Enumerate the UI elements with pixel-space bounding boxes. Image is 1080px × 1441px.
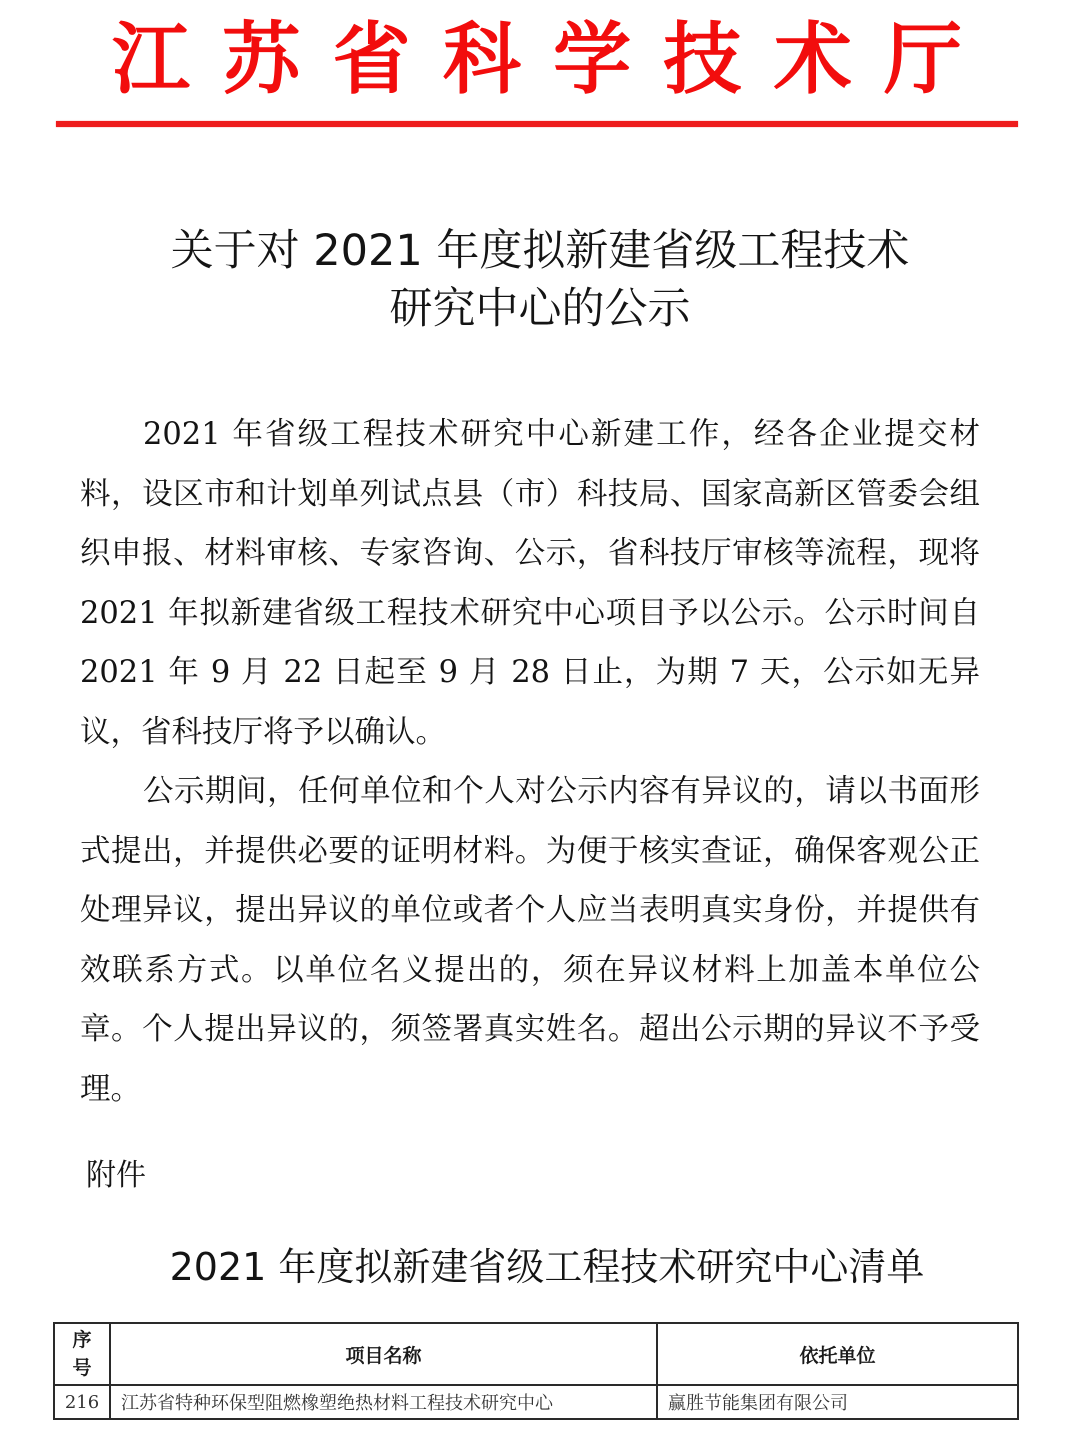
- header-project-name: 项目名称: [110, 1323, 657, 1385]
- masthead-divider: [56, 121, 1018, 127]
- masthead-char: 术: [774, 21, 852, 99]
- cell-no: 216: [54, 1385, 110, 1419]
- attachment-label: 附件: [86, 1150, 146, 1194]
- masthead-char: 技: [663, 21, 741, 99]
- body-paragraph-1: 2021 年省级工程技术研究中心新建工作，经各企业提交材料，设区市和计划单列试点…: [80, 405, 980, 762]
- document-body: 2021 年省级工程技术研究中心新建工作，经各企业提交材料，设区市和计划单列试点…: [80, 405, 980, 1119]
- cell-host-unit: 赢胜节能集团有限公司: [657, 1385, 1018, 1419]
- header-no: 序 号: [54, 1323, 110, 1385]
- document-title: 关于对 2021 年度拟新建省级工程技术 研究中心的公示: [0, 222, 1080, 338]
- table-row: 216 江苏省特种环保型阻燃橡塑绝热材料工程技术研究中心 赢胜节能集团有限公司: [54, 1385, 1018, 1419]
- header-no-line-1: 序: [55, 1326, 109, 1354]
- body-paragraph-2: 公示期间，任何单位和个人对公示内容有异议的，请以书面形式提出，并提供必要的证明材…: [80, 762, 980, 1119]
- header-host-unit: 依托单位: [657, 1323, 1018, 1385]
- masthead-char: 科: [443, 21, 521, 99]
- cell-project-name: 江苏省特种环保型阻燃橡塑绝热材料工程技术研究中心: [110, 1385, 657, 1419]
- masthead-char: 学: [553, 21, 631, 99]
- masthead-char: 省: [333, 21, 411, 99]
- header-no-line-2: 号: [55, 1354, 109, 1382]
- attachment-list-title: 2021 年度拟新建省级工程技术研究中心清单: [0, 1236, 1080, 1291]
- masthead-char: 江: [112, 21, 190, 99]
- masthead-char: 厅: [884, 21, 962, 99]
- project-list-table: 序 号 项目名称 依托单位 216 江苏省特种环保型阻燃橡塑绝热材料工程技术研究…: [53, 1322, 1019, 1420]
- masthead: 江 苏 省 科 学 技 术 厅: [56, 14, 1018, 106]
- title-line-1: 关于对 2021 年度拟新建省级工程技术: [0, 222, 1080, 280]
- table-header-row: 序 号 项目名称 依托单位: [54, 1323, 1018, 1385]
- title-line-2: 研究中心的公示: [0, 280, 1080, 338]
- masthead-char: 苏: [222, 21, 300, 99]
